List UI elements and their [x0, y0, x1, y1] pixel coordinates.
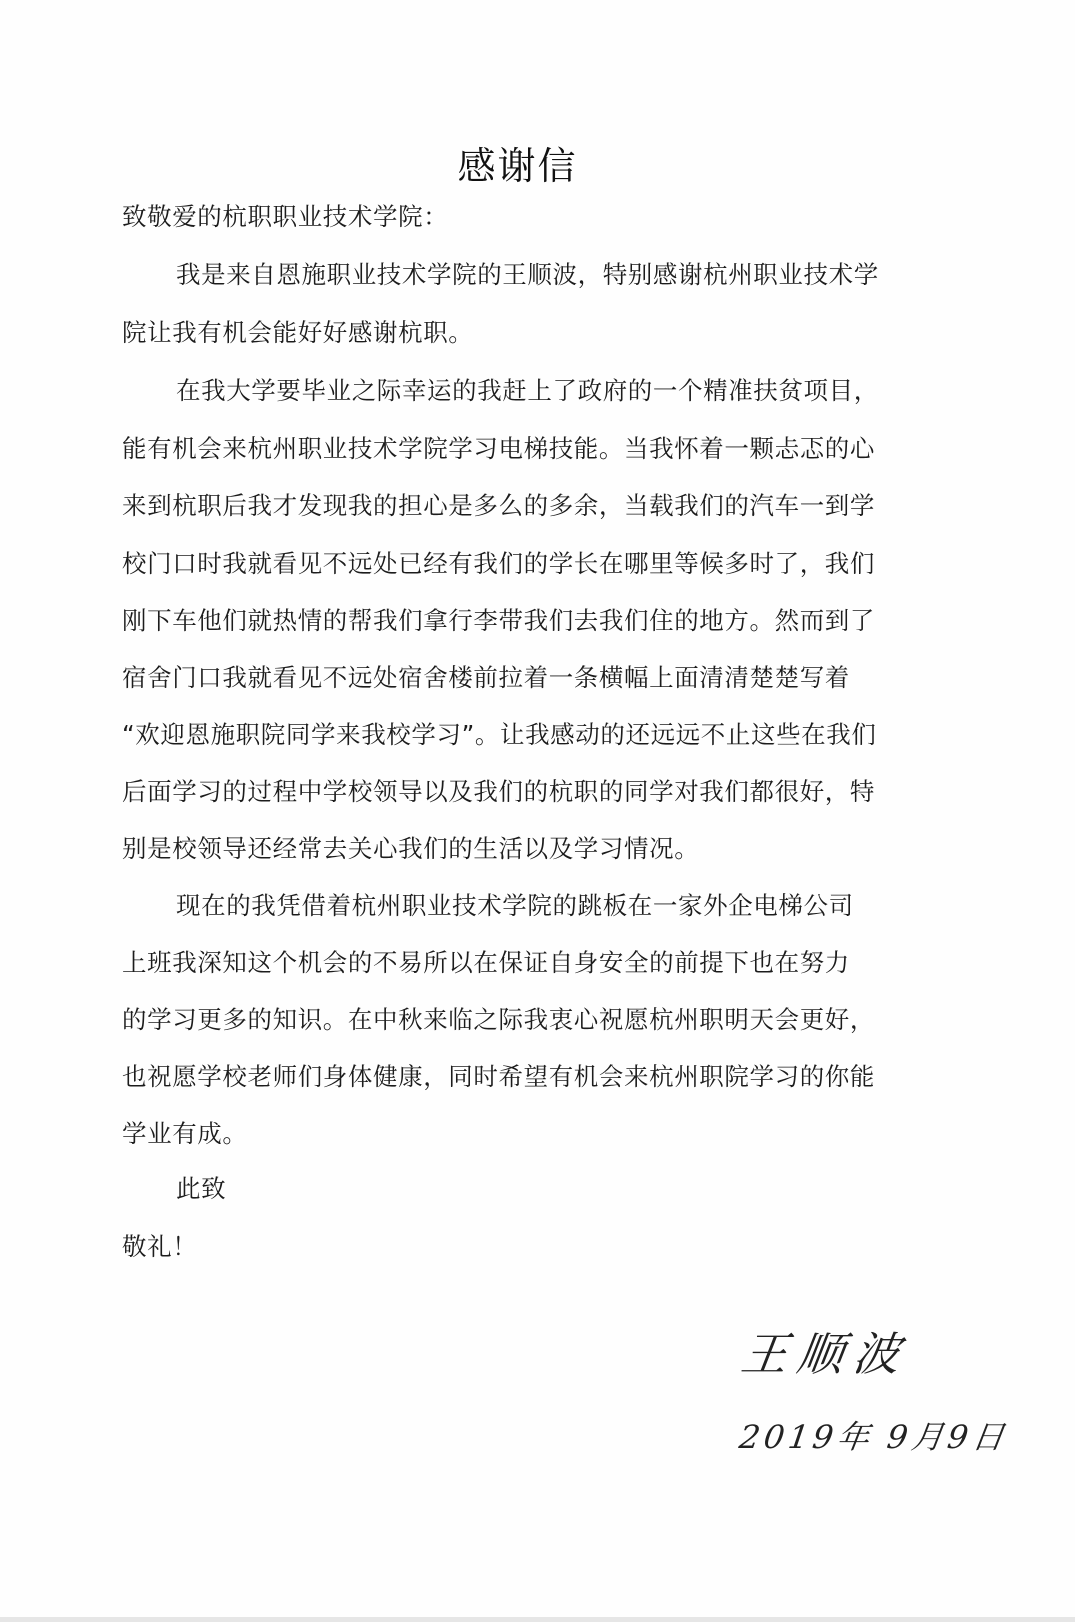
paragraph-line: 后面学习的过程中学校领导以及我们的杭职的同学对我们都很好，特 [122, 773, 875, 808]
paragraph-line: 也祝愿学校老师们身体健康，同时希望有机会来杭州职院学习的你能 [122, 1058, 875, 1093]
letter-title: 感谢信 [0, 135, 1035, 190]
paragraph-line: 现在的我凭借着杭州职业技术学院的跳板在一家外企电梯公司 [176, 887, 854, 922]
paragraph-line: 的学习更多的知识。在中秋来临之际我衷心祝愿杭州职明天会更好， [122, 1001, 875, 1036]
paragraph-line: 校门口时我就看见不远处已经有我们的学长在哪里等候多时了，我们 [122, 545, 875, 580]
handwritten-date: 2019年 9月9日 [737, 1412, 1012, 1458]
paragraph-line: 院让我有机会能好好感谢杭职。 [122, 314, 473, 349]
closing-line-1: 此致 [176, 1170, 226, 1205]
paragraph-line: 能有机会来杭州职业技术学院学习电梯技能。当我怀着一颗忐忑的心 [122, 430, 875, 465]
paragraph-line: 上班我深知这个机会的不易所以在保证自身安全的前提下也在努力 [122, 944, 850, 979]
salutation: 致敬爱的杭职职业技术学院： [122, 198, 448, 233]
paragraph-line: 学业有成。 [122, 1115, 248, 1150]
page-bottom-edge [0, 1617, 1075, 1622]
paragraph-line: 别是校领导还经常去关心我们的生活以及学习情况。 [122, 830, 699, 865]
letter-page: 感谢信 致敬爱的杭职职业技术学院： 我是来自恩施职业技术学院的王顺波，特别感谢杭… [0, 0, 1075, 1617]
paragraph-line: 来到杭职后我才发现我的担心是多么的多余，当载我们的汽车一到学 [122, 487, 875, 522]
paragraph-line: 在我大学要毕业之际幸运的我赶上了政府的一个精准扶贫项目， [176, 372, 879, 407]
handwritten-signature: 王顺波 [737, 1318, 914, 1384]
paragraph-line: “欢迎恩施职院同学来我校学习”。让我感动的还远远不止这些在我们 [122, 716, 876, 751]
paragraph-line: 刚下车他们就热情的帮我们拿行李带我们去我们住的地方。然而到了 [122, 602, 875, 637]
closing-line-2: 敬礼！ [122, 1228, 197, 1263]
paragraph-line: 我是来自恩施职业技术学院的王顺波，特别感谢杭州职业技术学 [176, 256, 879, 291]
paragraph-line: 宿舍门口我就看见不远处宿舍楼前拉着一条横幅上面清清楚楚写着 [122, 659, 850, 694]
